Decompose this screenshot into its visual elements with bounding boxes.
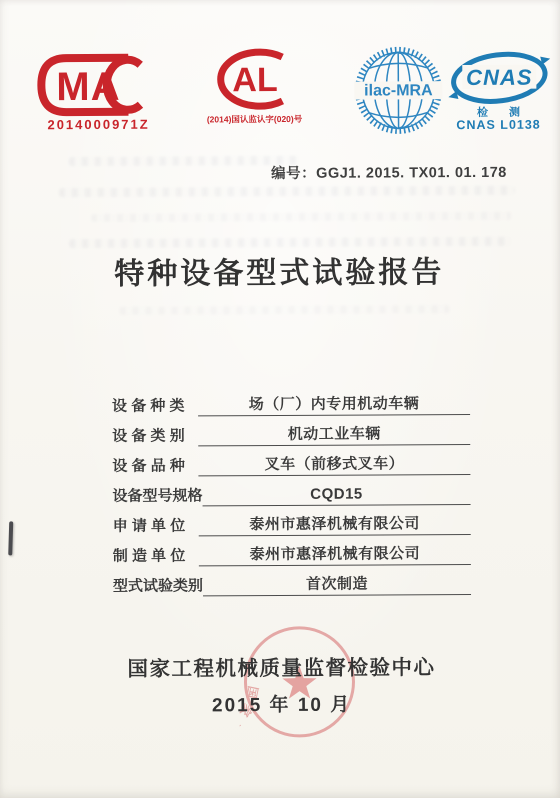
cal-code: (2014)国认监认字(020)号: [195, 113, 315, 126]
staple-mark: [8, 521, 13, 555]
issue-date: 2015 年 10 月: [2, 689, 560, 719]
field-label: 申 请 单 位: [113, 514, 199, 536]
report-number-value: GGJ1. 2015. TX01. 01. 178: [316, 165, 507, 182]
cma-code: 2014000971Z: [29, 117, 169, 133]
page-content: MA 2014000971Z AL (2014)国认监认字(020)号 ilac…: [0, 0, 560, 798]
report-cover-page: MA 2014000971Z AL (2014)国认监认字(020)号 ilac…: [0, 0, 560, 798]
cma-logo: MA: [36, 53, 160, 118]
field-underline: 场（厂）内专用机动车辆: [198, 392, 470, 416]
field-label: 设 备 品 种: [112, 454, 198, 476]
bleedthrough-smudge: [91, 212, 511, 222]
field-underline: CQD15: [202, 485, 470, 506]
bleedthrough-smudge: [120, 305, 450, 315]
page-title: 特种设备型式试验报告: [0, 247, 559, 294]
field-value: CQD15: [310, 486, 363, 503]
field-label: 设 备 种 类: [112, 394, 198, 416]
field-underline: 泰州市惠泽机械有限公司: [199, 512, 471, 536]
field-row-applicant: 申 请 单 位 泰州市惠泽机械有限公司: [113, 505, 471, 537]
field-underline: 机动工业车辆: [198, 422, 470, 446]
field-row-test-type: 型式试验类别 首次制造: [113, 565, 471, 597]
field-underline: 首次制造: [203, 572, 471, 596]
report-number-label: 编号：: [271, 166, 316, 182]
field-label: 型式试验类别: [113, 574, 203, 596]
issuing-organization: 国家工程机械质量监督检验中心: [1, 650, 560, 683]
ilac-mra-label: ilac-MRA: [364, 82, 433, 99]
field-value: 泰州市惠泽机械有限公司: [250, 545, 421, 563]
bleedthrough-smudge: [69, 156, 299, 166]
field-label: 设备型号规格: [112, 484, 202, 506]
cal-letters: AL: [232, 61, 278, 99]
field-row-equipment-variety: 设 备 品 种 叉车（前移式叉车）: [112, 445, 470, 477]
field-value: 泰州市惠泽机械有限公司: [249, 515, 420, 533]
field-label: 设 备 类 别: [112, 424, 198, 446]
field-label: 制 造 单 位: [113, 544, 199, 566]
field-value: 场（厂）内专用机动车辆: [249, 395, 420, 413]
bleedthrough-smudge: [59, 186, 515, 197]
field-value: 机动工业车辆: [288, 425, 381, 442]
cma-letters: MA: [56, 65, 120, 109]
field-row-equipment-class: 设 备 类 别 机动工业车辆: [112, 415, 470, 447]
field-underline: 叉车（前移式叉车）: [198, 452, 470, 476]
field-row-manufacturer: 制 造 单 位 泰州市惠泽机械有限公司: [113, 535, 471, 567]
field-underline: 泰州市惠泽机械有限公司: [199, 542, 471, 566]
field-list: 设 备 种 类 场（厂）内专用机动车辆 设 备 类 别 机动工业车辆 设 备 品…: [112, 385, 471, 597]
cnas-logo: CNAS: [448, 49, 550, 108]
cnas-code: CNAS L0138: [442, 118, 556, 133]
cal-logo: AL: [208, 48, 300, 110]
field-row-model-spec: 设备型号规格 CQD15: [112, 475, 470, 507]
ilac-mra-logo: ilac-MRA: [353, 45, 443, 135]
field-value: 叉车（前移式叉车）: [265, 455, 405, 473]
field-row-equipment-category: 设 备 种 类 场（厂）内专用机动车辆: [112, 385, 470, 417]
cnas-letters: CNAS: [466, 65, 532, 90]
report-number: 编号：GGJ1. 2015. TX01. 01. 178: [271, 161, 507, 183]
field-value: 首次制造: [306, 576, 368, 593]
